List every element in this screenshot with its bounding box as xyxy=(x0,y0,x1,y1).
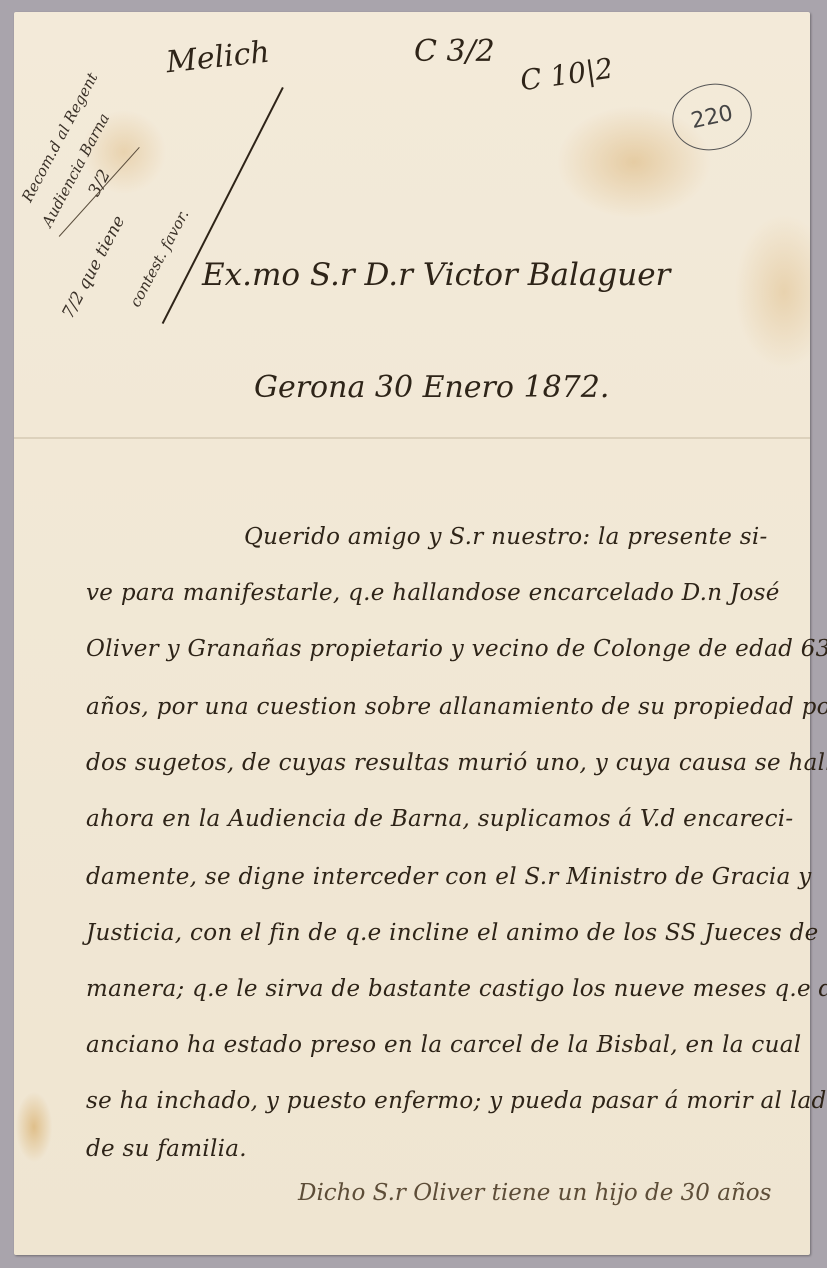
body-line-6: ahora en la Audiencia de Barna, suplicam… xyxy=(86,806,794,832)
closing-line: Dicho S.r Oliver tiene un hijo de 30 año… xyxy=(298,1180,771,1206)
margin-note-3: 3/2 xyxy=(84,166,115,200)
body-line-11: se ha inchado, y puesto enfermo; y pueda… xyxy=(86,1088,827,1114)
margin-note-5: contest. favor. xyxy=(126,207,192,310)
body-line-7: damente, se digne interceder con el S.r … xyxy=(86,864,812,890)
folio-number: 220 xyxy=(689,100,735,133)
letter-addressee: Ex.mo S.r D.r Victor Balaguer xyxy=(202,257,670,293)
letter-page: Recom.d al Regent Audiencia Barna 3/2 7/… xyxy=(14,12,810,1255)
archive-signature: Melich xyxy=(164,35,271,81)
shelf-mark-2: C 10|2 xyxy=(518,52,615,98)
margin-note-4: 7/2 que tiene xyxy=(58,212,129,322)
body-line-3: Oliver y Granañas propietario y vecino d… xyxy=(86,636,827,662)
body-line-12: de su familia. xyxy=(86,1136,247,1162)
shelf-mark-1: C 3/2 xyxy=(414,34,495,69)
body-line-8: Justicia, con el fin de q.e incline el a… xyxy=(86,920,819,946)
folio-number-stamp: 220 xyxy=(666,76,758,157)
body-line-1: Querido amigo y S.r nuestro: la presente… xyxy=(244,524,768,550)
body-line-5: dos sugetos, de cuyas resultas murió uno… xyxy=(86,750,827,776)
page-fold-line xyxy=(14,437,810,439)
body-line-10: anciano ha estado preso en la carcel de … xyxy=(86,1032,801,1058)
body-line-9: manera; q.e le sirva de bastante castigo… xyxy=(86,976,827,1002)
letter-place-date: Gerona 30 Enero 1872. xyxy=(254,370,609,405)
body-line-4: años, por una cuestion sobre allanamient… xyxy=(86,694,827,720)
body-line-2: ve para manifestarle, q.e hallandose enc… xyxy=(86,580,780,606)
